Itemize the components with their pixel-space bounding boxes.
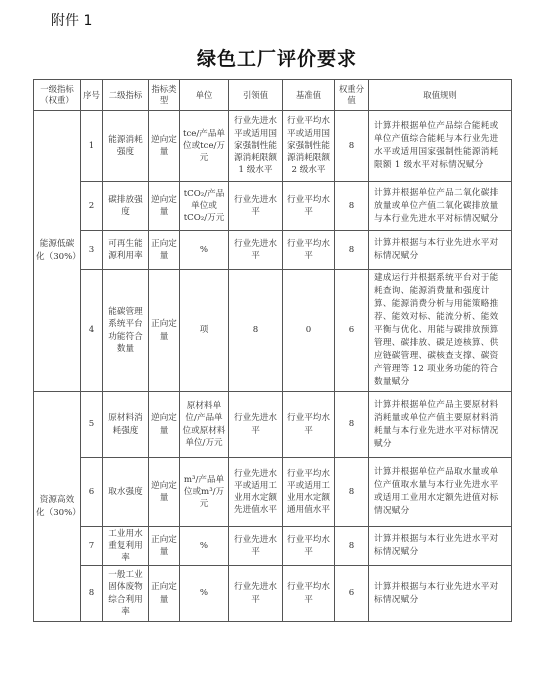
table-row: 8 一般工业固体废物综合利用率 正向定量 % 行业先进水平 行业平均水平 6 计… — [34, 566, 512, 622]
score-cell: 8 — [335, 111, 369, 182]
header-seq: 序号 — [81, 80, 103, 111]
unit-cell: % — [180, 231, 229, 270]
table-row: 2 碳排放强度 逆向定量 tCO₂/产品单位或tCO₂/万元 行业先进水平 行业… — [34, 182, 512, 231]
base-cell: 行业平均水平 — [283, 182, 335, 231]
score-cell: 6 — [335, 270, 369, 392]
base-cell: 行业平均水平或适用国家强制性能源消耗限额 2 级水平 — [283, 111, 335, 182]
type-cell: 正向定量 — [149, 566, 180, 622]
lead-cell: 行业先进水平 — [229, 527, 283, 566]
rule-cell: 建成运行并根据系统平台对于能耗查询、能源消费量和强度计算、能源消费分析与用能策略… — [369, 270, 512, 392]
type-cell: 逆向定量 — [149, 111, 180, 182]
unit-cell: tCO₂/产品单位或tCO₂/万元 — [180, 182, 229, 231]
rule-cell: 计算并根据与本行业先进水平对标情况赋分 — [369, 231, 512, 270]
base-cell: 行业平均水平 — [283, 566, 335, 622]
table-header-row: 一级指标（权重） 序号 二级指标 指标类型 单位 引领值 基准值 权重分值 取值… — [34, 80, 512, 111]
seq-cell: 3 — [81, 231, 103, 270]
seq-cell: 8 — [81, 566, 103, 622]
seq-cell: 2 — [81, 182, 103, 231]
type-cell: 逆向定量 — [149, 392, 180, 458]
unit-cell: % — [180, 566, 229, 622]
header-score: 权重分值 — [335, 80, 369, 111]
table-row: 6 取水强度 逆向定量 m³/产品单位或m³/万元 行业先进水平或适用工业用水定… — [34, 458, 512, 527]
rule-cell: 计算并根据单位产品取水量或单位产值取水量与本行业先进水平或适用工业用水定额先进值… — [369, 458, 512, 527]
unit-cell: % — [180, 527, 229, 566]
rule-cell: 计算并根据与本行业先进水平对标情况赋分 — [369, 566, 512, 622]
level1-indicator: 能源低碳化（30%） — [34, 111, 81, 392]
score-cell: 6 — [335, 566, 369, 622]
lead-cell: 行业先进水平或适用国家强制性能源消耗限额 1 级水平 — [229, 111, 283, 182]
header-level1: 一级指标（权重） — [34, 80, 81, 111]
score-cell: 8 — [335, 527, 369, 566]
seq-cell: 6 — [81, 458, 103, 527]
document-title: 绿色工厂评价要求 — [0, 44, 554, 71]
level2-cell: 能碳管理系统平台功能符合数量 — [103, 270, 149, 392]
base-cell: 0 — [283, 270, 335, 392]
unit-cell: tce/产品单位或tce/万元 — [180, 111, 229, 182]
type-cell: 正向定量 — [149, 231, 180, 270]
level2-cell: 一般工业固体废物综合利用率 — [103, 566, 149, 622]
unit-cell: 原材料单位/产品单位或原材料单位/万元 — [180, 392, 229, 458]
lead-cell: 行业先进水平 — [229, 566, 283, 622]
header-rule: 取值规则 — [369, 80, 512, 111]
table-row: 资源高效化（30%） 5 原材料消耗强度 逆向定量 原材料单位/产品单位或原材料… — [34, 392, 512, 458]
table-row: 能源低碳化（30%） 1 能源消耗强度 逆向定量 tce/产品单位或tce/万元… — [34, 111, 512, 182]
header-type: 指标类型 — [149, 80, 180, 111]
base-cell: 行业平均水平或适用工业用水定额通用值水平 — [283, 458, 335, 527]
rule-cell: 计算并根据单位产品综合能耗或单位产值综合能耗与本行业先进水平或适用国家强制性能源… — [369, 111, 512, 182]
lead-cell: 行业先进水平 — [229, 392, 283, 458]
header-lead: 引领值 — [229, 80, 283, 111]
type-cell: 逆向定量 — [149, 182, 180, 231]
attachment-label: 附件 1 — [51, 10, 92, 30]
base-cell: 行业平均水平 — [283, 231, 335, 270]
level2-cell: 能源消耗强度 — [103, 111, 149, 182]
score-cell: 8 — [335, 182, 369, 231]
lead-cell: 行业先进水平或适用工业用水定额先进值水平 — [229, 458, 283, 527]
score-cell: 8 — [335, 458, 369, 527]
unit-cell: 项 — [180, 270, 229, 392]
seq-cell: 1 — [81, 111, 103, 182]
level2-cell: 取水强度 — [103, 458, 149, 527]
type-cell: 正向定量 — [149, 270, 180, 392]
table-row: 3 可再生能源利用率 正向定量 % 行业先进水平 行业平均水平 8 计算并根据与… — [34, 231, 512, 270]
header-level2: 二级指标 — [103, 80, 149, 111]
rule-cell: 计算并根据与本行业先进水平对标情况赋分 — [369, 527, 512, 566]
evaluation-table: 一级指标（权重） 序号 二级指标 指标类型 单位 引领值 基准值 权重分值 取值… — [33, 79, 512, 622]
level2-cell: 工业用水重复利用率 — [103, 527, 149, 566]
type-cell: 逆向定量 — [149, 458, 180, 527]
score-cell: 8 — [335, 231, 369, 270]
rule-cell: 计算并根据单位产品主要原材料消耗量或单位产值主要原材料消耗量与本行业先进水平对标… — [369, 392, 512, 458]
seq-cell: 5 — [81, 392, 103, 458]
level1-indicator: 资源高效化（30%） — [34, 392, 81, 622]
lead-cell: 行业先进水平 — [229, 231, 283, 270]
rule-cell: 计算并根据单位产品二氧化碳排放量或单位产值二氧化碳排放量与本行业先进水平对标情况… — [369, 182, 512, 231]
table-row: 7 工业用水重复利用率 正向定量 % 行业先进水平 行业平均水平 8 计算并根据… — [34, 527, 512, 566]
base-cell: 行业平均水平 — [283, 527, 335, 566]
base-cell: 行业平均水平 — [283, 392, 335, 458]
level2-cell: 可再生能源利用率 — [103, 231, 149, 270]
header-base: 基准值 — [283, 80, 335, 111]
lead-cell: 行业先进水平 — [229, 182, 283, 231]
seq-cell: 4 — [81, 270, 103, 392]
header-unit: 单位 — [180, 80, 229, 111]
level2-cell: 碳排放强度 — [103, 182, 149, 231]
type-cell: 正向定量 — [149, 527, 180, 566]
score-cell: 8 — [335, 392, 369, 458]
level2-cell: 原材料消耗强度 — [103, 392, 149, 458]
table-row: 4 能碳管理系统平台功能符合数量 正向定量 项 8 0 6 建成运行并根据系统平… — [34, 270, 512, 392]
unit-cell: m³/产品单位或m³/万元 — [180, 458, 229, 527]
seq-cell: 7 — [81, 527, 103, 566]
lead-cell: 8 — [229, 270, 283, 392]
